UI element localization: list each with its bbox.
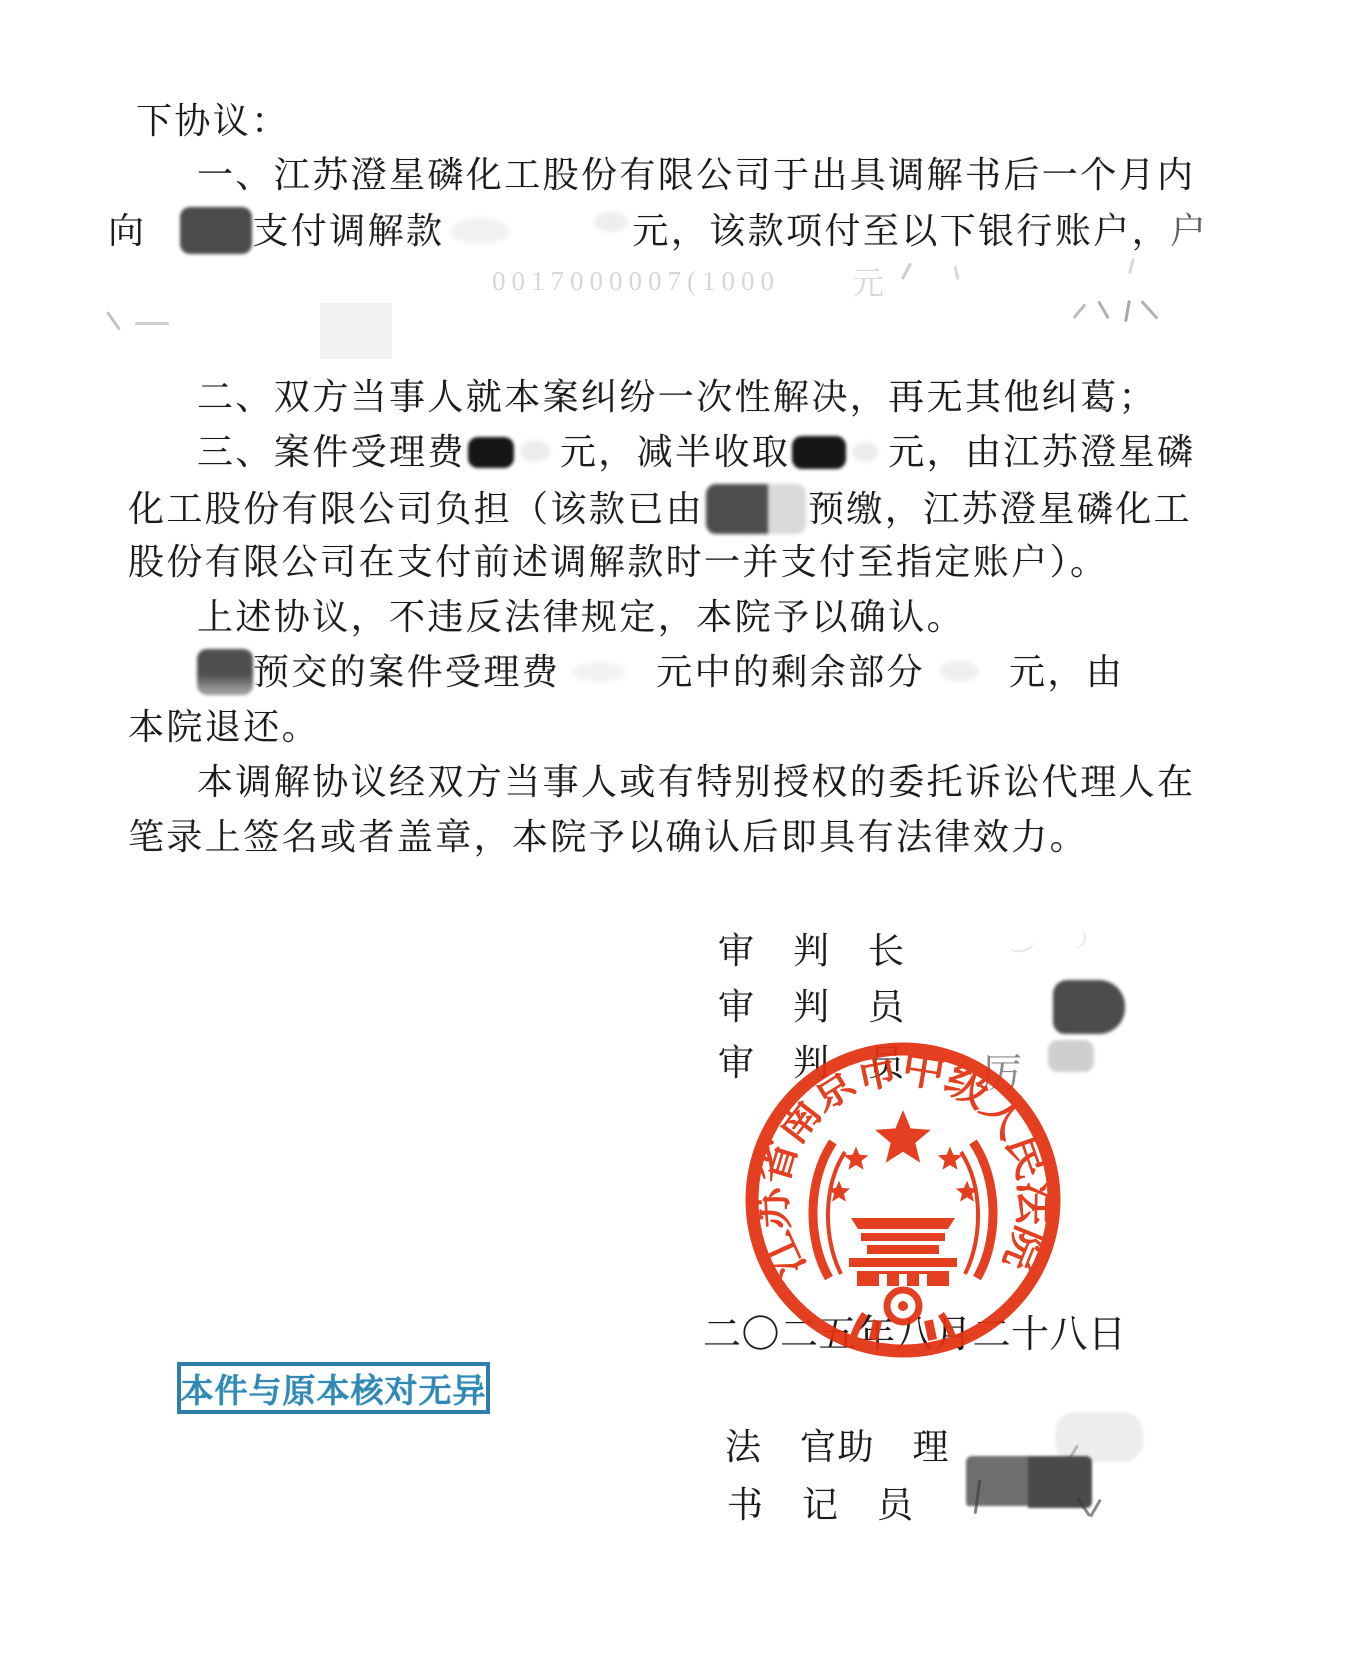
ghost-signature-stroke xyxy=(1006,931,1036,955)
redaction-faded-remainder xyxy=(925,650,1009,694)
ghost-mark xyxy=(901,262,912,279)
clause2-text: 二、双方当事人就本案纠纷一次性解决，再无其他纠葛； xyxy=(197,374,1157,420)
redaction-blob-payee xyxy=(180,207,252,254)
ghost-mark xyxy=(1073,303,1086,318)
intro-text: 下协议： xyxy=(136,98,290,144)
clause1-line2-pre: 向 xyxy=(108,208,146,254)
redaction-faded-fee xyxy=(516,432,560,472)
clause1-line2-tail-faint: 户 xyxy=(1170,208,1208,254)
ghost-signature-stroke xyxy=(1063,925,1089,951)
refund-line2-text: 本院退还。 xyxy=(128,704,320,750)
assistant-row: 法 官助 理 xyxy=(725,1424,950,1470)
assistant-label: 法 官助 理 xyxy=(725,1424,950,1470)
court-seal: 江苏省南京市中级人民法院 xyxy=(733,1030,1073,1370)
clause1-line1: 一、江苏澄星磷化工股份有限公司于出具调解书后一个月内 xyxy=(197,152,1195,198)
ghost-mark xyxy=(135,322,169,325)
redaction-blob-judge1-name xyxy=(1053,980,1125,1034)
clause3-text-b: 元，减半收取 xyxy=(560,429,790,475)
ghost-mark xyxy=(1128,258,1135,274)
confirmation-line: 上述协议，不违反法律规定，本院予以确认。 xyxy=(197,594,965,640)
redaction-faded-amount xyxy=(444,208,632,254)
redaction-blob-prepayer xyxy=(706,484,806,534)
refund-text-c: 元，由 xyxy=(1009,649,1124,695)
redaction-faded-halffee xyxy=(848,432,888,472)
presiding-judge-label: 审 判 长 xyxy=(718,928,906,974)
clause3-line3-text: 股份有限公司在支付前述调解款时一并支付至指定账户）。 xyxy=(128,539,1108,585)
ghost-yuan-character: 元 xyxy=(852,258,884,304)
redaction-blob-clerk-name xyxy=(966,1456,1092,1508)
clause1-text: 一、江苏澄星磷化工股份有限公司于出具调解书后一个月内 xyxy=(197,152,1195,198)
ghost-mark xyxy=(106,311,121,330)
ghost-mark xyxy=(1097,301,1109,320)
clause3-line2-a: 化工股份有限公司负担（该款已由 xyxy=(128,486,704,532)
refund-line1: 预交的案件受理费 元中的剩余部分 元，由 xyxy=(197,649,1124,695)
effect-line1: 本调解协议经双方当事人或有特别授权的委托诉讼代理人在 xyxy=(197,759,1195,805)
verification-stamp: 本件与原本核对无异 xyxy=(177,1362,490,1414)
court-seal-graphic: 江苏省南京市中级人民法院 xyxy=(733,1030,1073,1370)
ghost-mark xyxy=(1140,300,1158,320)
ghost-mark xyxy=(1124,300,1130,322)
redaction-blob-party xyxy=(197,649,253,695)
refund-line2: 本院退还。 xyxy=(128,704,320,750)
clause3-line2: 化工股份有限公司负担（该款已由 预缴，江苏澄星磷化工 xyxy=(128,484,1192,534)
clause1-line2: 向 支付调解款 元，该款项付至以下银行账户， 户 xyxy=(108,207,1208,254)
scan-light-patch xyxy=(320,303,392,359)
clause1-line2-mid: 支付调解款 xyxy=(252,208,444,254)
effect-line2: 笔录上签名或者盖章，本院予以确认后即具有法律效力。 xyxy=(128,814,1088,860)
effect-line1-text: 本调解协议经双方当事人或有特别授权的委托诉讼代理人在 xyxy=(197,759,1195,805)
presiding-judge-row: 审 判 长 xyxy=(718,928,906,974)
intro-line: 下协议： xyxy=(136,98,290,144)
clause1-line2-post: 元，该款项付至以下银行账户， xyxy=(632,208,1170,254)
national-emblem-icon xyxy=(813,1110,993,1346)
ghost-mark xyxy=(954,266,959,280)
verification-stamp-text: 本件与原本核对无异 xyxy=(181,1365,487,1412)
clerk-row: 书 记 员 xyxy=(727,1482,915,1528)
judge-row-1: 审 判 员 xyxy=(718,984,906,1030)
redaction-blob-fee xyxy=(468,437,514,468)
redaction-blob-halffee xyxy=(792,436,846,469)
ghost-account-number: 0017000007(1000 xyxy=(492,266,780,297)
clause3-line2-b: 预缴，江苏澄星磷化工 xyxy=(808,486,1192,532)
redaction-light-assistant-name xyxy=(1055,1412,1143,1462)
refund-text-a: 预交的案件受理费 xyxy=(253,649,560,695)
clause3-text-a: 三、案件受理费 xyxy=(197,429,466,475)
refund-text-b: 元中的剩余部分 xyxy=(656,649,925,695)
clause3-line3: 股份有限公司在支付前述调解款时一并支付至指定账户）。 xyxy=(128,539,1108,585)
clause3-line1: 三、案件受理费 元，减半收取 元，由江苏澄星磷 xyxy=(197,429,1195,475)
effect-line2-text: 笔录上签名或者盖章，本院予以确认后即具有法律效力。 xyxy=(128,814,1088,860)
judge1-label: 审 判 员 xyxy=(718,984,906,1030)
confirmation-text: 上述协议，不违反法律规定，本院予以确认。 xyxy=(197,594,965,640)
court-mediation-document-page: 下协议： 一、江苏澄星磷化工股份有限公司于出具调解书后一个月内 向 支付调解款 … xyxy=(0,0,1347,1666)
clerk-label: 书 记 员 xyxy=(727,1482,915,1528)
clause2-line: 二、双方当事人就本案纠纷一次性解决，再无其他纠葛； xyxy=(197,374,1157,420)
clause3-text-c: 元，由江苏澄星磷 xyxy=(888,429,1195,475)
redaction-faded-prepaid xyxy=(560,650,656,694)
